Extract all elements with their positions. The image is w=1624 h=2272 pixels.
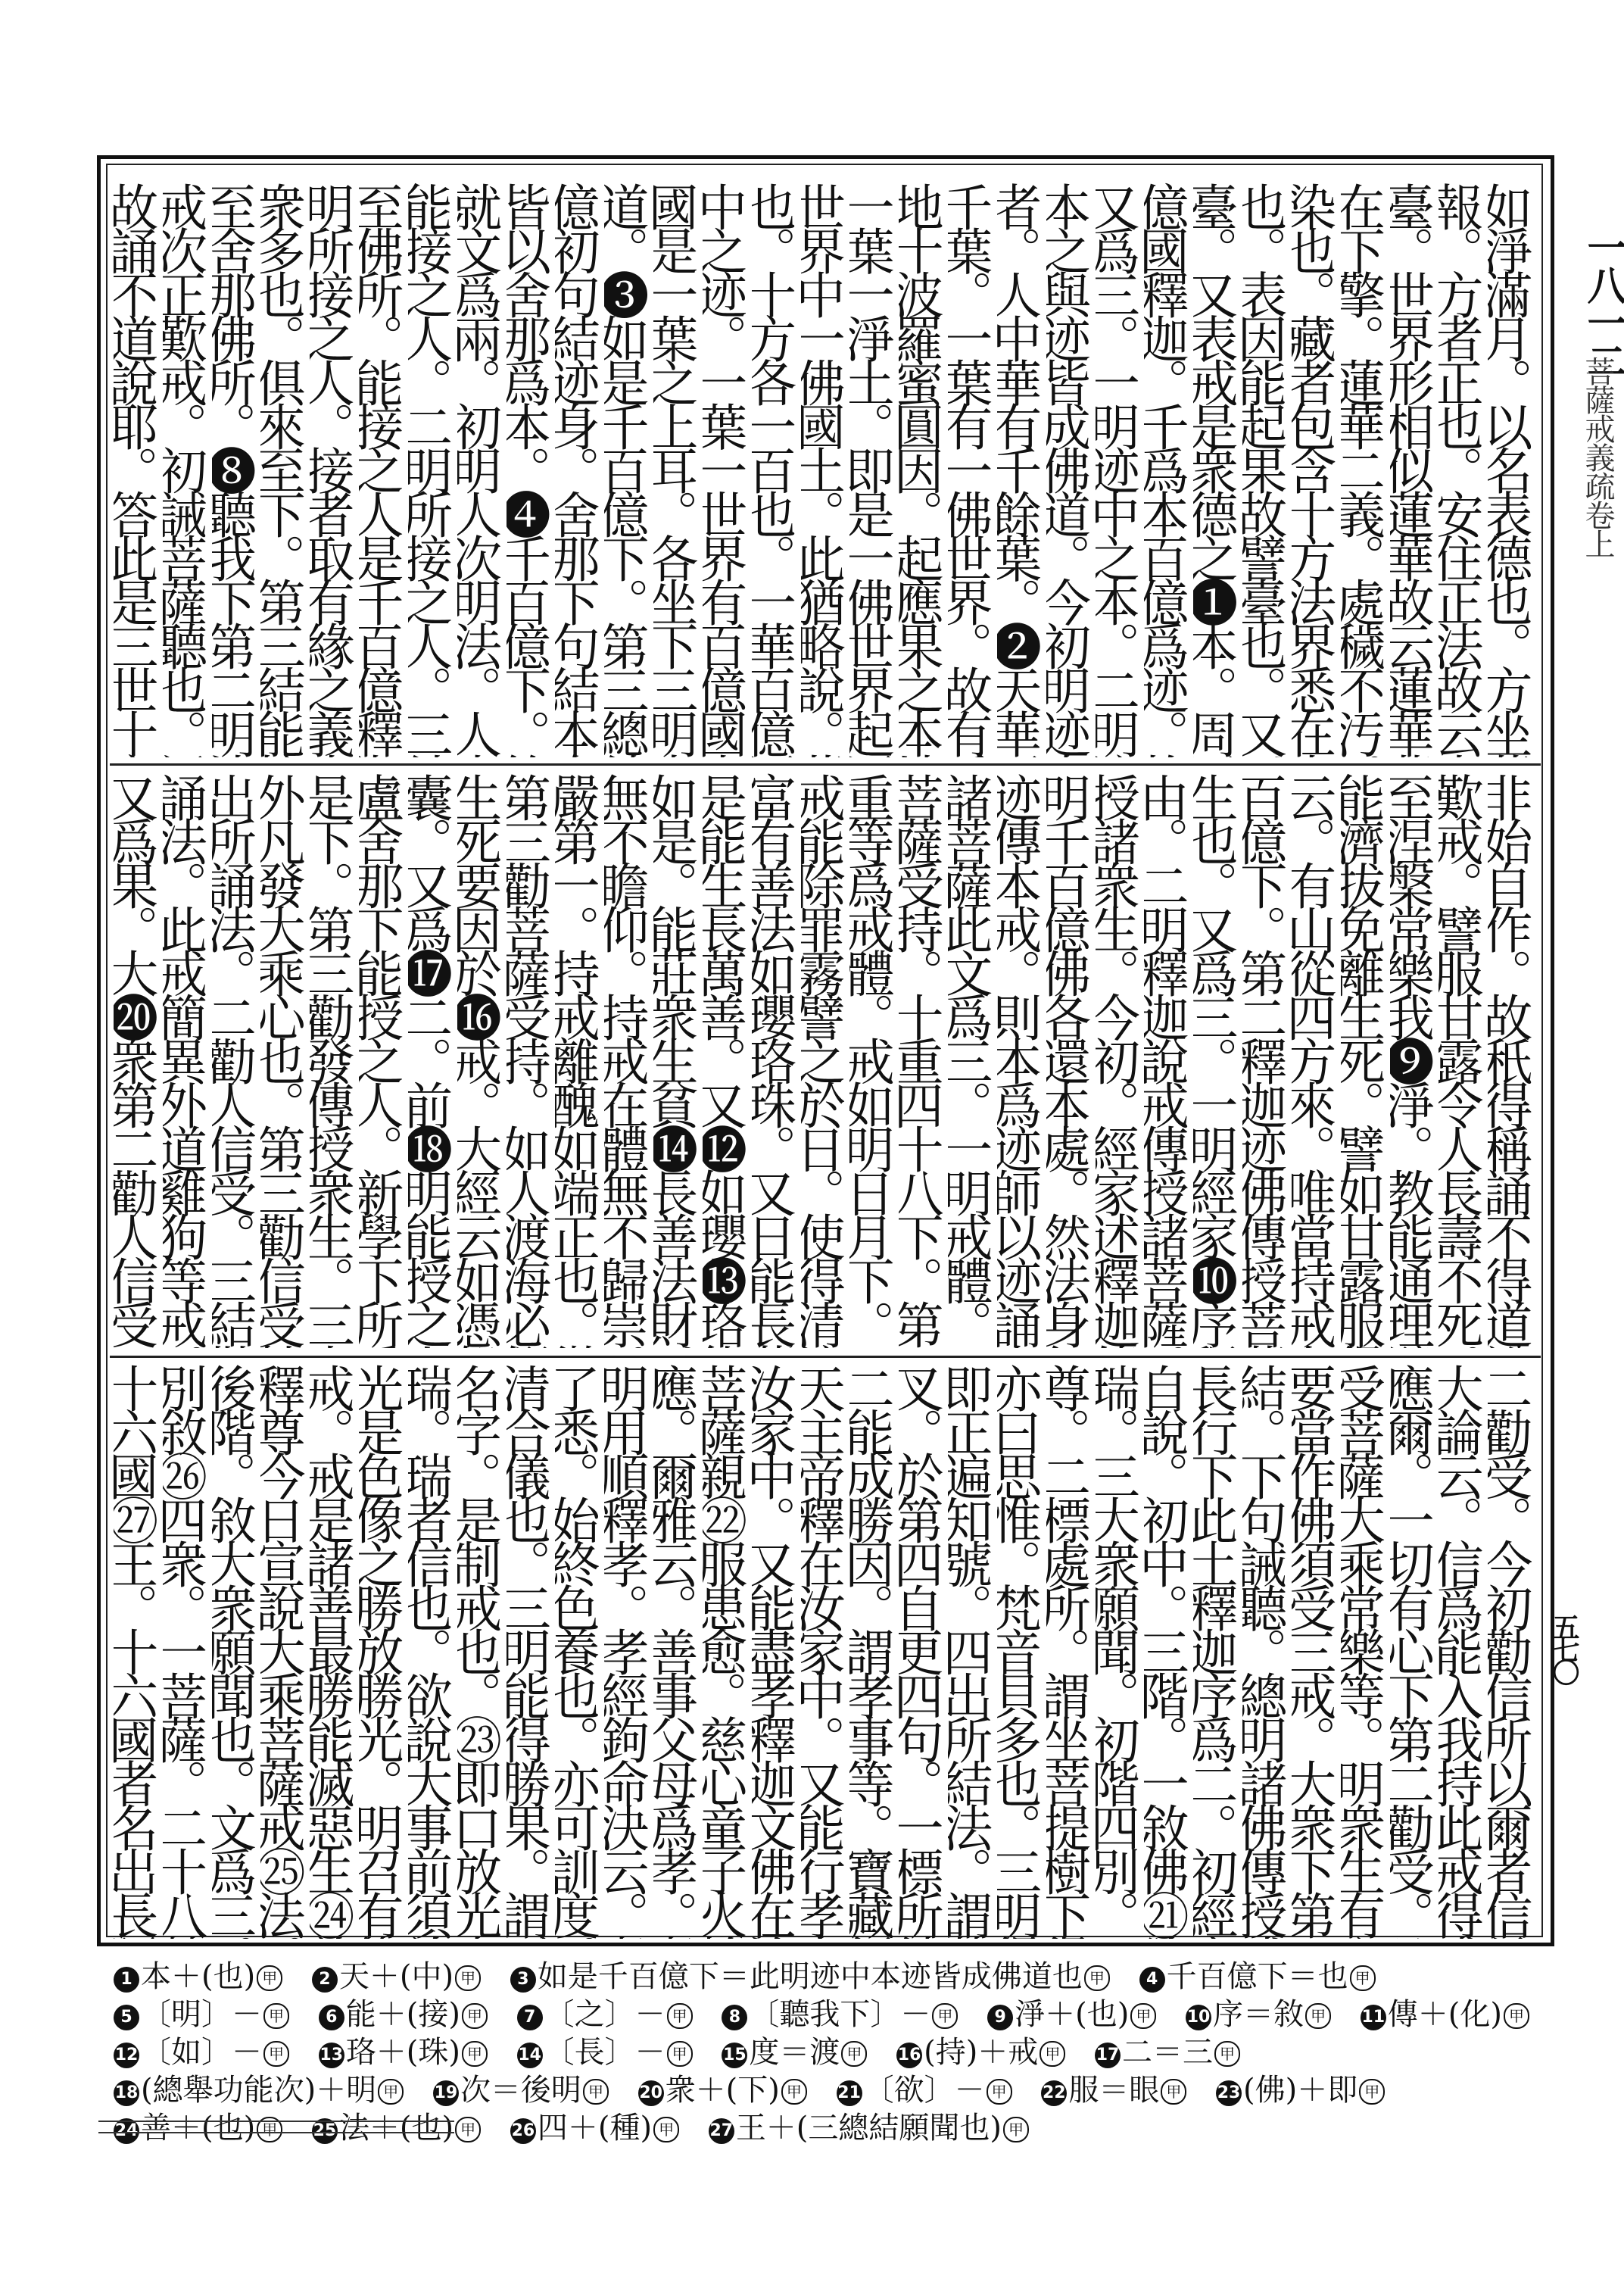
text-column: 結。下句誡聽。總明諸佛傳授戒法發起序竟。 <box>1242 1363 1292 1939</box>
text-column: 後階。敘大衆願聞也。文爲三。一總敘大衆。二 <box>212 1363 261 1939</box>
footnote-number-badge: 19 <box>433 2080 459 2106</box>
text-column: 地十波羅蜜圓因。起應果之本地現千釋迦。 <box>899 182 948 757</box>
footnote: 12〔如〕－甲 <box>114 2035 289 2070</box>
text-column: 能濟拔免離生死。譬如甘露服得命長。大經 <box>1341 772 1390 1348</box>
text-column: 本之與迹皆成佛道。今初明迹中之本。千華 <box>1046 182 1096 757</box>
footnote-text: 〔之〕－ <box>544 1997 665 2032</box>
text-column: 菩薩受持。十重四十八下。第一明戒體。則十 <box>899 772 948 1348</box>
footnote: 4千百億下＝也甲 <box>1139 1959 1376 1994</box>
footnote-text: 二＝三 <box>1122 2035 1213 2070</box>
footnote: 13珞＋(珠)甲 <box>319 2035 488 2070</box>
panel-divider-1 <box>110 763 1541 766</box>
text-column: 戒能除罪霧譬之於日。使得清涼喻之若月。 <box>801 772 850 1348</box>
footnote: 1本＋(也)甲 <box>114 1959 282 1994</box>
text-column: 明所接之人。接者取有緣之義也。微塵者聽 <box>310 182 359 757</box>
edition-mark-icon: 甲 <box>455 2117 481 2142</box>
text-panel-top: 如淨滿月。以名表德也。方坐蓮華下句明依報。方者正也。安住正法故云坐也。何故坐華臺… <box>114 182 1537 757</box>
footnote: 26四＋(種)甲 <box>510 2111 679 2146</box>
footnote-number-badge: 18 <box>114 2080 139 2106</box>
text-column: 生也。又爲三。一明經家❿序釋迦佛傳授之緣 <box>1193 772 1242 1348</box>
text-column: 臺。世界形相似蓮華故云蓮華藏。華嚴云華 <box>1390 182 1439 757</box>
text-column: 迹傳本戒。則本爲迹師以迹誦本故也。傳授 <box>997 772 1046 1348</box>
footnote: 21〔欲〕－甲 <box>837 2073 1012 2108</box>
text-column: 了悉。始終色養也。亦可訓度。度是儀法。溫 <box>555 1363 604 1939</box>
text-column: 富有善法如瓔珞珠。又日能長萬物。戒亦如 <box>752 772 801 1348</box>
text-column: 能接之人。二明所接之人。三結❻能所接人俱 <box>408 182 457 757</box>
text-column: 報。方者正也。安住正法故云坐也。何故坐華 <box>1439 182 1488 757</box>
edition-mark-icon: 甲 <box>1084 1965 1110 1991</box>
footnote-text: 〔如〕－ <box>141 2035 262 2070</box>
text-column: 授諸衆生。今初。經家述釋迦傳授之由三句。 <box>1096 772 1145 1348</box>
footnote-text: 〔長〕－ <box>544 2035 665 2070</box>
footnote-text: 〔聽我下〕－ <box>749 1997 930 2032</box>
text-column: 二能成勝因。謂孝事等。寶藏經云。孝事父母 <box>849 1363 899 1939</box>
text-column: 也。十方各一百也。一華百億國下。二明迹 <box>752 182 801 757</box>
text-column: 囊。又爲⓱二。前⓲明能授之人。⓳次所受之人 <box>408 772 457 1348</box>
footnote-number-badge: 17 <box>1095 2043 1121 2068</box>
footnote-number-badge: 12 <box>114 2043 139 2068</box>
edition-mark-icon: 甲 <box>1161 2079 1186 2105</box>
text-column: 又爲三。一明迹中之本。二明迹中之迹。三明 <box>1096 182 1145 757</box>
text-column: 無不瞻仰。持戒在體無不歸崇。瓔珞在身莊 <box>604 772 653 1348</box>
footnote-number-badge: 22 <box>1041 2080 1067 2106</box>
footnote: 2天＋(中)甲 <box>312 1959 481 1994</box>
footnote-number-badge: 7 <box>517 2005 543 2030</box>
text-column: 應爾。一切有心下第二勸受。凡有心者皆得 <box>1390 1363 1439 1939</box>
footnote-number-badge: 26 <box>510 2118 536 2144</box>
text-column: 億初句結迹身。舍那下句結本身。明千百億 <box>555 182 604 757</box>
footnote-number-badge: 9 <box>987 2005 1013 2030</box>
text-column: 也。表因能起果故譬臺也。又以本佛坐於華 <box>1242 182 1292 757</box>
edition-mark-icon: 甲 <box>1130 2003 1156 2029</box>
edition-mark-icon: 甲 <box>1350 1965 1376 1991</box>
edition-mark-icon: 甲 <box>1359 2079 1385 2105</box>
text-column: 十六國㉗王。十六國者名出長阿含。一史伽。 <box>114 1363 163 1939</box>
footnote-number-badge: 11 <box>1361 2005 1386 2030</box>
footnote-text: (持)＋戒 <box>924 2035 1038 2070</box>
footnote-text: 度＝渡 <box>749 2035 840 2070</box>
text-column: 亦曰思惟。梵音貝多也。三明得道。謂成正覺 <box>997 1363 1046 1939</box>
edition-mark-icon: 甲 <box>1003 2117 1029 2142</box>
text-column: 至涅槃常樂我❾淨。教能通理譬之如門。又戒 <box>1390 772 1439 1348</box>
footnote-number-badge: 25 <box>312 2118 338 2144</box>
text-column: 瑞。三大衆願聞。初階四別。一標化主。大聖釋 <box>1096 1363 1145 1939</box>
text-column: 百億下。第二釋迦迹佛傳授菩薩菩薩授衆 <box>1242 772 1292 1348</box>
footnote-number-badge: 5 <box>114 2005 139 2030</box>
text-column: 戒。戒是諸善最勝能滅惡生㉔善。口放者。表 <box>310 1363 359 1939</box>
edition-mark-icon: 甲 <box>667 2003 693 2029</box>
edition-mark-icon: 甲 <box>583 2079 609 2105</box>
text-column: 就文爲兩。初明人次明法。人中有三句。一明 <box>457 182 507 757</box>
text-column: 至舍那佛所。❽聽我下第二明法二句。上明說 <box>212 182 261 757</box>
edition-mark-icon: 甲 <box>462 2003 488 2029</box>
text-column: 要當作佛須受三戒。大衆下第三結勸。上句 <box>1292 1363 1341 1939</box>
text-column: 外凡發大乘心也。第三勸信受持。文爲三。一 <box>260 772 310 1348</box>
footnote-text: 〔明〕－ <box>141 1997 262 2032</box>
text-column: 如淨滿月。以名表德也。方坐蓮華下句明依 <box>1488 182 1537 757</box>
text-column: 歎戒。譬服甘露令人長壽不死。要因此戒得 <box>1439 772 1488 1348</box>
footnote-number-badge: 15 <box>722 2043 747 2068</box>
footnote-number-badge: 23 <box>1216 2080 1242 2106</box>
text-column: 明千百億佛各還本處。然法身無在。今初明 <box>1046 772 1096 1348</box>
footnote: 16(持)＋戒甲 <box>896 2035 1065 2070</box>
text-column: 又爲果。大⓴衆第二勸人信受又二。一勸信。 <box>114 772 163 1348</box>
footnote: 18(總舉功能次)＋明甲 <box>114 2073 404 2108</box>
text-column: 天主帝釋在汝家中。又能行孝大梵尊天在 <box>801 1363 850 1939</box>
text-column: 戒次正歎戒。初誡菩薩聽也。誦佛戒者。問何 <box>163 182 212 757</box>
footnote: 27王＋(三總結願聞也)甲 <box>709 2111 1029 2146</box>
footnote-number-badge: 27 <box>709 2118 734 2144</box>
text-column: 重等爲戒體。戒如明日月下。二歎戒用。持此 <box>849 772 899 1348</box>
footnote-text: 傳＋(化) <box>1388 1997 1502 2032</box>
footnote: 17二＝三甲 <box>1095 2035 1240 2070</box>
footnote: 10序＝敘甲 <box>1186 1997 1331 2032</box>
footnote: 22服＝眼甲 <box>1041 2073 1186 2108</box>
footnote: 7〔之〕－甲 <box>517 1997 693 2032</box>
footnote-number-badge: 24 <box>114 2118 139 2144</box>
text-column: 中之迹。一葉一世界有百億國土。娑婆百億 <box>703 182 752 757</box>
text-panel-middle: 非始自作。故秖得稱誦不得道說。甘露門者歎戒。譬服甘露令人長壽不死。要因此戒得至涅… <box>114 772 1537 1348</box>
text-column: 一葉一淨土。即是一佛世界起圓應身。又一 <box>849 182 899 757</box>
text-column: 國是一葉之上耳。各坐下三明本迹俱成佛 <box>653 182 703 757</box>
footnote-number-badge: 3 <box>510 1967 536 1993</box>
footnote-text: (佛)＋即 <box>1243 2073 1357 2108</box>
text-column: 嚴第一。持戒離醜如端正也。微塵菩薩衆下。 <box>555 772 604 1348</box>
text-column: 千葉。一葉有一佛世界。故有千佛淨土。表十 <box>948 182 997 757</box>
footnote-text: 序＝敘 <box>1213 1997 1304 2032</box>
text-column: 叉。於第四自更四句。一標所結名。即是木叉。 <box>899 1363 948 1939</box>
footnote-text: 本＋(也) <box>141 1959 255 1994</box>
footnote: 3如是千百億下＝此明迹中本迹皆成佛道也甲 <box>510 1959 1110 1994</box>
footnote: 20衆＋(下)甲 <box>638 2073 807 2108</box>
edition-mark-icon: 甲 <box>455 1965 481 1991</box>
text-column: 道。❸如是千百億下。第三總結本迹。是千百 <box>604 182 653 757</box>
footnote: 23(佛)＋即甲 <box>1216 2073 1385 2108</box>
text-column: 別敘㉖四衆。一菩薩。二十八梵。三六欲天。四 <box>163 1363 212 1939</box>
footnote-text: 千百億下＝也 <box>1167 1959 1348 1994</box>
text-column: 二勸受。今初勸信所以爾者信是入道初門。 <box>1488 1363 1537 1939</box>
edition-mark-icon: 甲 <box>781 2079 807 2105</box>
footnote-text: 四＋(種) <box>538 2111 652 2146</box>
footnote-text: 珞＋(珠) <box>346 2035 460 2070</box>
bottom-rule <box>98 2121 454 2122</box>
text-panel-bottom: 二勸受。今初勸信所以爾者信是入道初門。大論云。信爲能入我持此戒得成正覺。汝亦應爾… <box>114 1363 1537 1939</box>
text-column: 臺。又表戒是衆德之❶本。周匝千釋迦望百 <box>1193 182 1242 757</box>
text-column: 大論云。信爲能入我持此戒得成正覺。汝亦 <box>1439 1363 1488 1939</box>
footnote-text: 次＝後明 <box>460 2073 581 2108</box>
text-column: 生死要因於⓰戒。大經云如憑船筏。又喻浮 <box>457 772 507 1348</box>
footnote-text: 衆＋(下) <box>665 2073 780 2108</box>
text-column: 長行下此土釋迦序爲二。初經家辭。次釋迦 <box>1193 1363 1242 1939</box>
footnote: 14〔長〕－甲 <box>517 2035 693 2070</box>
footnote-text: (總舉功能次)＋明 <box>141 2073 376 2108</box>
edition-mark-icon: 甲 <box>263 2041 289 2067</box>
footnote: 8〔聽我下〕－甲 <box>722 1997 958 2032</box>
footnote-text: 法＋(也) <box>339 2111 454 2146</box>
footnote-number-badge: 8 <box>722 2005 747 2030</box>
text-column: 世界中一佛國土。此猶略說。華嚴微塵世界 <box>801 182 850 757</box>
text-column: 光是色像之勝放勝光。明召有緣衆。同來聽 <box>359 1363 408 1939</box>
panel-divider-2 <box>110 1356 1541 1358</box>
text-column: 清合儀也。三明能得勝果。謂至道之法。四結 <box>507 1363 556 1939</box>
footnote-number-badge: 1 <box>114 1967 139 1993</box>
text-column: 諸菩薩此文爲三。一明戒體。二明戒用。三勸 <box>948 772 997 1348</box>
edition-mark-icon: 甲 <box>1305 2003 1331 2029</box>
edition-mark-icon: 甲 <box>263 2003 289 2029</box>
footnote: 19次＝後明甲 <box>433 2073 609 2108</box>
footnote-text: 能＋(接) <box>346 1997 460 2032</box>
text-column: 受菩薩大乘常樂等。明衆生有心所有佛性。 <box>1341 1363 1390 1939</box>
edition-mark-icon: 甲 <box>932 2003 958 2029</box>
footnote-number-badge: 21 <box>837 2080 862 2106</box>
footnote: 11傳＋(化)甲 <box>1361 1997 1529 2032</box>
edition-mark-icon: 甲 <box>653 2117 679 2142</box>
edition-mark-icon: 甲 <box>462 2041 488 2067</box>
text-column: 故誦不道說耶。答此是三世十方諸佛之法。 <box>114 182 163 757</box>
text-column: 名字。是制戒也。㉓即口放光中階。敘放光表 <box>457 1363 507 1939</box>
text-column: 云。有山從四方來。唯當持戒布施也。是時千 <box>1292 772 1341 1348</box>
footnote-number-badge: 6 <box>319 2005 344 2030</box>
text-column: 如是。能莊衆生貧⓮長善法財。又如日月麗天 <box>653 772 703 1348</box>
footnote-number-badge: 2 <box>312 1967 338 1993</box>
text-column: 者。人中華有千餘葉。❷天華百葉。佛菩薩華 <box>997 182 1046 757</box>
footnote-number-badge: 14 <box>517 2043 543 2068</box>
text-column: 即正遍知號。四出所結法。謂菩薩波羅提木 <box>948 1363 997 1939</box>
text-column: 尊。二標處所。謂坐菩提樹下得道。因名道樹。 <box>1046 1363 1096 1939</box>
text-column: 在下擎。蓮華二義。處穢不汚。譬舍那居穢不 <box>1341 182 1390 757</box>
edition-mark-icon: 甲 <box>667 2041 693 2067</box>
text-column: 衆多也。俱來至下。第三結能接所接❼之人俱 <box>260 182 310 757</box>
edition-mark-icon: 甲 <box>987 2079 1012 2105</box>
footnote-text: 天＋(中) <box>339 1959 454 1994</box>
text-column: 自說。初中。三階。一敘佛㉑欲結戒。二放光表 <box>1144 1363 1193 1939</box>
edition-mark-icon: 甲 <box>1504 2003 1529 2029</box>
footnote-text: 淨＋(也) <box>1015 1997 1129 2032</box>
text-column: 是能生長萬善。又⓬如瓔⓭珞能莊貧窮。戒亦 <box>703 772 752 1348</box>
footnote-number-badge: 20 <box>638 2080 664 2106</box>
page-number: 五七〇 <box>1545 1613 1583 1681</box>
footnote-number-badge: 4 <box>1139 1967 1165 1993</box>
footnote-text: 王＋(三總結願聞也) <box>736 2111 1002 2146</box>
footnote: 9淨＋(也)甲 <box>987 1997 1156 2032</box>
bottom-rule-2 <box>98 2132 454 2133</box>
text-column: 釋尊今日宣說大乘菩薩戒㉕法。是時百億下 <box>260 1363 310 1939</box>
text-column: 由。二明釋迦說戒傳授諸菩薩。三勸菩薩⓫傳 <box>1144 772 1193 1348</box>
footnotes: 1本＋(也)甲 2天＋(中)甲 3如是千百億下＝此明迹中本迹皆成佛道也甲 4千百… <box>114 1958 1552 2147</box>
text-column: 應。爾雅云。善事父母爲孝。孝即順也。太史叔 <box>653 1363 703 1939</box>
text-column: 是下。第三勸發傳授衆生。三十心菩薩。傳授 <box>310 772 359 1348</box>
footnote: 15度＝渡甲 <box>722 2035 867 2070</box>
text-column: 億國釋迦。千爲本百億爲迹。故兩重本迹。此 <box>1144 182 1193 757</box>
footnote-text: 如是千百億下＝此明迹中本迹皆成佛道也 <box>538 1959 1083 1994</box>
footnote-number-badge: 13 <box>319 2043 344 2068</box>
edition-mark-icon: 甲 <box>378 2079 404 2105</box>
footnote-text: 〔欲〕－ <box>864 2073 985 2108</box>
text-column: 瑞。瑞者信也。欲說大事前須放光。故稱爲瑞。 <box>408 1363 457 1939</box>
text-column: 誦法。此戒簡異外道雞狗等戒。淨戒爲因木 <box>163 772 212 1348</box>
edition-mark-icon: 甲 <box>257 1965 282 1991</box>
footnote: 24善＋(也)甲 <box>114 2111 282 2146</box>
text-column: 染也。藏者包含十方法界悉在中也。臺者中 <box>1292 182 1341 757</box>
text-column: 出所誦法。二勸人信受。三結勸。諦聽下出所 <box>212 772 261 1348</box>
text-column: 汝家中。又能盡孝釋迦文佛在汝家中。睒摩 <box>752 1363 801 1939</box>
book-title: 菩薩戒義疏卷上 <box>1576 356 1619 557</box>
text-column: 非始自作。故秖得稱誦不得道說。甘露門者 <box>1488 772 1537 1348</box>
text-column: 盧舍那下能授之人。新學下所受之人。受持 <box>359 772 408 1348</box>
footnote-text: 善＋(也) <box>141 2111 255 2146</box>
footnote: 5〔明〕－甲 <box>114 1997 289 2032</box>
text-column: 菩薩親㉒服患愈。慈心童子火輪速滅。即其靈 <box>703 1363 752 1939</box>
footnote: 25法＋(也)甲 <box>312 2111 481 2146</box>
text-column: 明用順釋孝。孝經鉤命決云。孝字訓究竟是 <box>604 1363 653 1939</box>
edition-mark-icon: 甲 <box>1040 2041 1065 2067</box>
edition-mark-icon: 甲 <box>1214 2041 1240 2067</box>
edition-mark-icon: 甲 <box>841 2041 867 2067</box>
footnote: 6能＋(接)甲 <box>319 1997 488 2032</box>
text-column: 皆以舍那爲本。❹千百億下。第二明人❺明法 <box>507 182 556 757</box>
text-column: 第三勸菩薩受持。如人渡海必假舟航。若⓯度 <box>507 772 556 1348</box>
footnote-number-badge: 16 <box>896 2043 922 2068</box>
footnote-number-badge: 10 <box>1186 2005 1211 2030</box>
footnote-text: 服＝眼 <box>1068 2073 1159 2108</box>
text-column: 至佛所。能接之人是千百億釋迦也。各接下 <box>359 182 408 757</box>
